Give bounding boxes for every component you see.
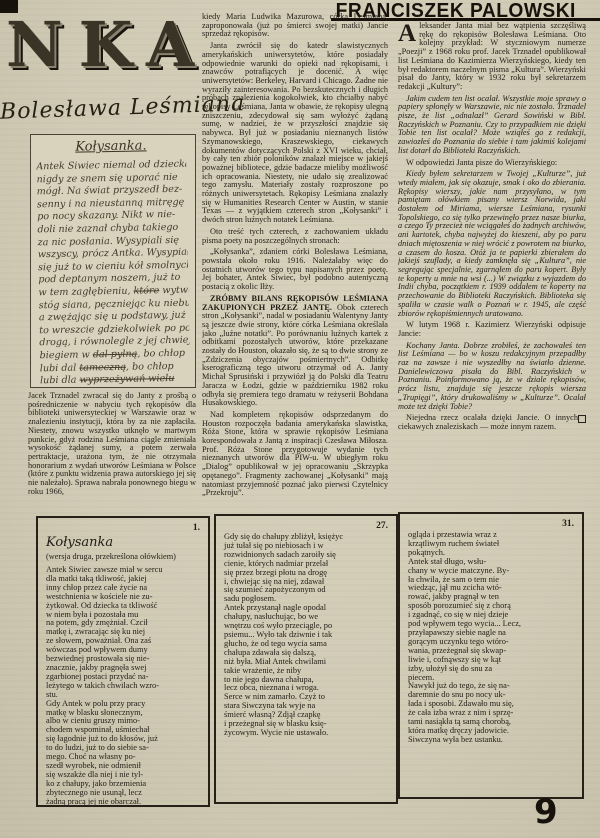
manuscript-line: lubi dla wyprzeżywań wielu	[40, 373, 190, 388]
excerpt-box-31: 31. ogląda i przestawia wraz z krzątliwy…	[398, 512, 584, 799]
paragraph: ZRÓBMY BILANS RĘKOPISÓW LEŚMIANA ZAKUPIO…	[202, 295, 388, 408]
quote-paragraph: Kiedy byłem sekretarzem w Twojej „Kultur…	[398, 170, 586, 318]
box-number: 31.	[408, 519, 574, 529]
quote-paragraph: Jakim cudem ten list ocalał. Wszystkie m…	[398, 95, 586, 156]
paragraph: Aleksander Janta miał bez wątpienia szcz…	[398, 22, 586, 92]
paragraph: Oto treść tych czterech, z zachowaniem u…	[202, 228, 388, 245]
box-number: 27.	[224, 521, 388, 531]
manuscript-figure: Kołysanka. Antek Siwiec niemal od dzieck…	[30, 134, 196, 388]
closing-text: Niejedna rzecz ocalała dzięki Jancie. O …	[398, 413, 578, 431]
box-body: ogląda i przestawia wraz z krzątliwym ru…	[408, 531, 574, 745]
middle-column: kiedy Maria Ludwika Mazurowa, córka Leśm…	[202, 13, 388, 510]
excerpt-box-27: 27. Gdy się do chałupy zbliżył, księżyc …	[214, 514, 398, 804]
left-column-text: Jacek Trznadel zwracał się do Janty z pr…	[28, 392, 196, 496]
paragraph: „Kołysanka”, zdaniem córki Bolesława Leś…	[202, 248, 388, 292]
lead-paragraph-text: leksander Janta miał bez wątpienia szczę…	[398, 22, 586, 91]
paragraph: Nad kompletem rękopisów odsprzedanym do …	[202, 411, 388, 498]
drop-cap: A	[398, 22, 419, 44]
paragraph: W odpowiedzi Janta pisze do Wierzyńskieg…	[398, 159, 586, 168]
box-subtitle: (wersja druga, przekreślona ołówkiem)	[46, 552, 200, 561]
paragraph: Janta zwrócił się do katedr slawistyczny…	[202, 42, 388, 225]
left-column: Jacek Trznadel zwracał się do Janty z pr…	[28, 392, 196, 512]
page-number: 9	[534, 792, 558, 832]
end-of-article-mark	[578, 415, 586, 423]
box-body: Antek Siwiec zawsze miał w sercu dla mat…	[46, 566, 200, 807]
right-column: Aleksander Janta miał bez wątpienia szcz…	[398, 22, 586, 510]
paragraph: kiedy Maria Ludwika Mazurowa, córka Leśm…	[202, 13, 388, 39]
quote-paragraph: Kochany Janta. Dobrze zrobiłeś, że zacho…	[398, 342, 586, 412]
manuscript-lines: Antek Siwiec niemal od dzieckanigdy ze s…	[36, 159, 190, 388]
box-number: 1.	[46, 523, 200, 533]
box-title: Kołysanka	[46, 535, 200, 550]
excerpt-box-1: 1. Kołysanka (wersja druga, przekreślona…	[36, 516, 210, 807]
paragraph: W lutym 1968 r. Kazimierz Wierzyński odp…	[398, 321, 586, 338]
box-body: Gdy się do chałupy zbliżył, księżyc już …	[224, 533, 388, 738]
masthead-letters: NKA	[6, 10, 206, 80]
bilans-rest: Obok czterech stron „Kołysanki”, nadal w…	[202, 303, 388, 408]
manuscript-title: Kołysanka.	[36, 138, 186, 156]
closing-paragraph: Niejedna rzecz ocalała dzięki Jancie. O …	[398, 414, 586, 431]
manuscript-content: Kołysanka. Antek Siwiec niemal od dzieck…	[36, 138, 190, 388]
